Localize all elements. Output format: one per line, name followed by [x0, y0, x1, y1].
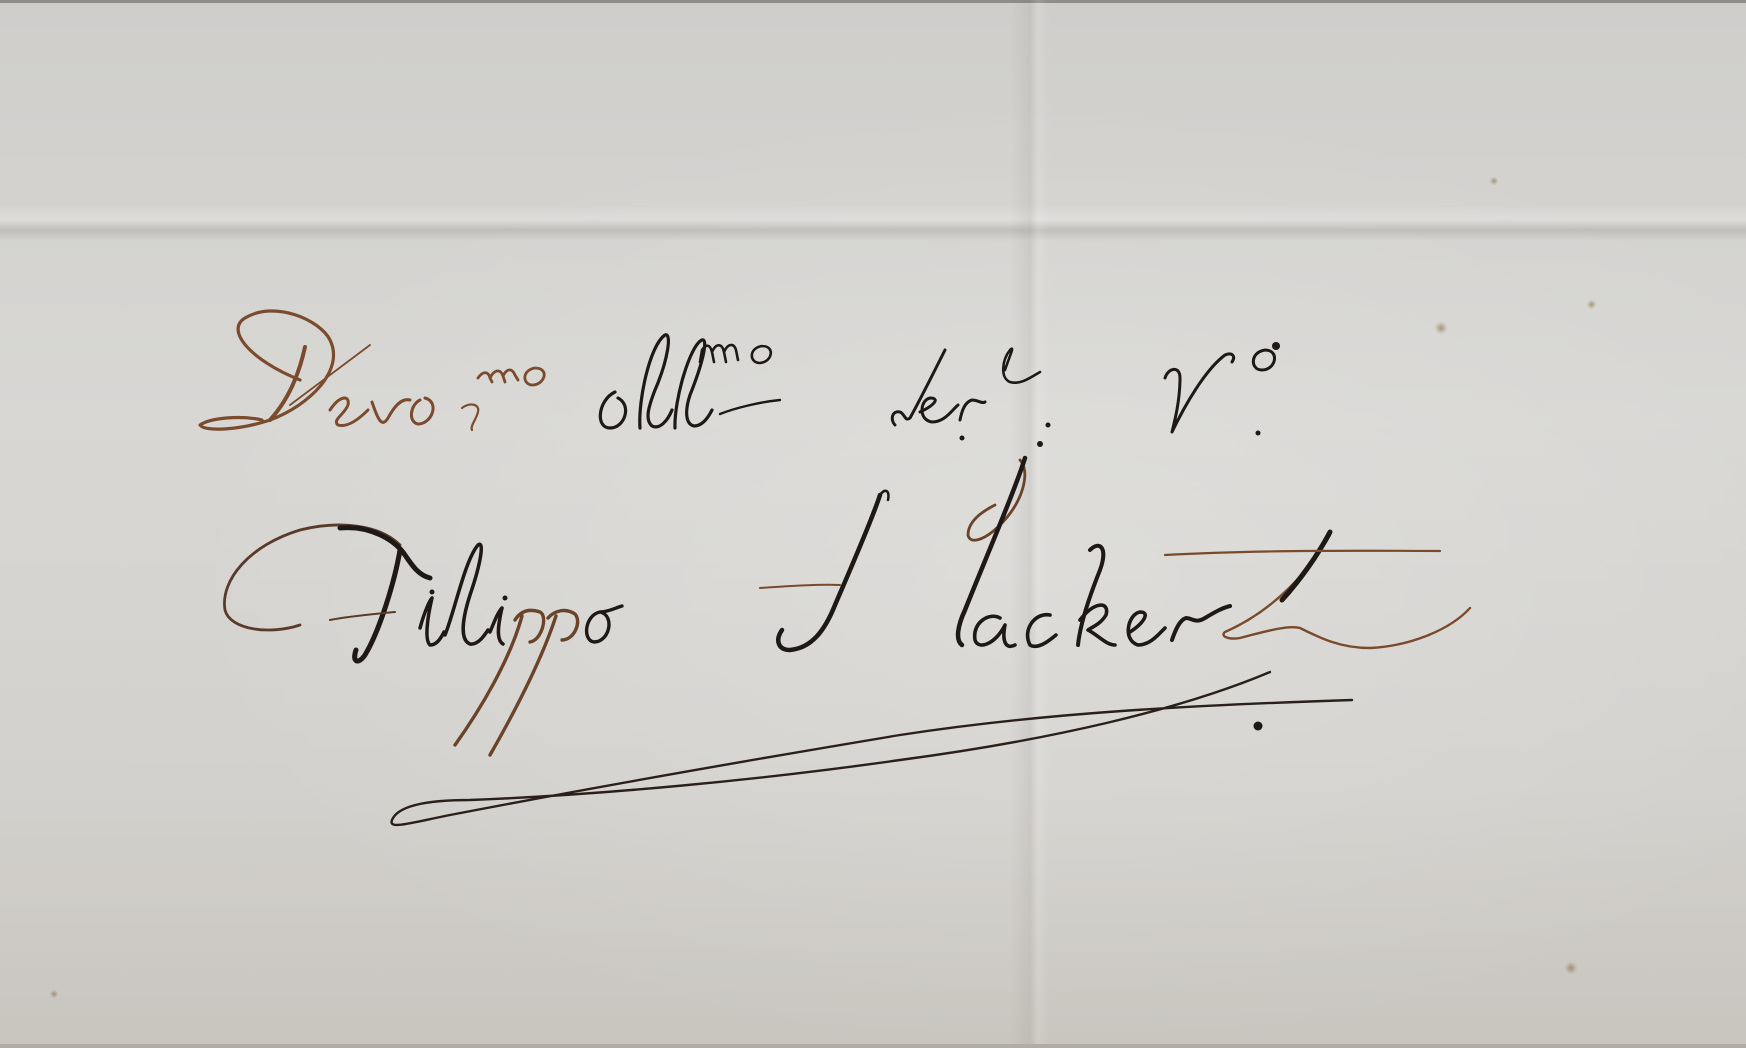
signature-filippo	[224, 525, 622, 755]
signature-hackert	[760, 441, 1470, 650]
closing-word-obbl	[600, 335, 780, 428]
letter-paper: Devo.mo obbl.mo Ser.e V.o Filippo Hacker…	[0, 0, 1746, 1048]
closing-word-ser	[892, 349, 1050, 441]
closing-word-devo	[200, 311, 544, 430]
signature-paraph	[392, 672, 1352, 825]
closing-word-vo	[1165, 342, 1280, 436]
handwriting-ink	[0, 0, 1746, 1048]
